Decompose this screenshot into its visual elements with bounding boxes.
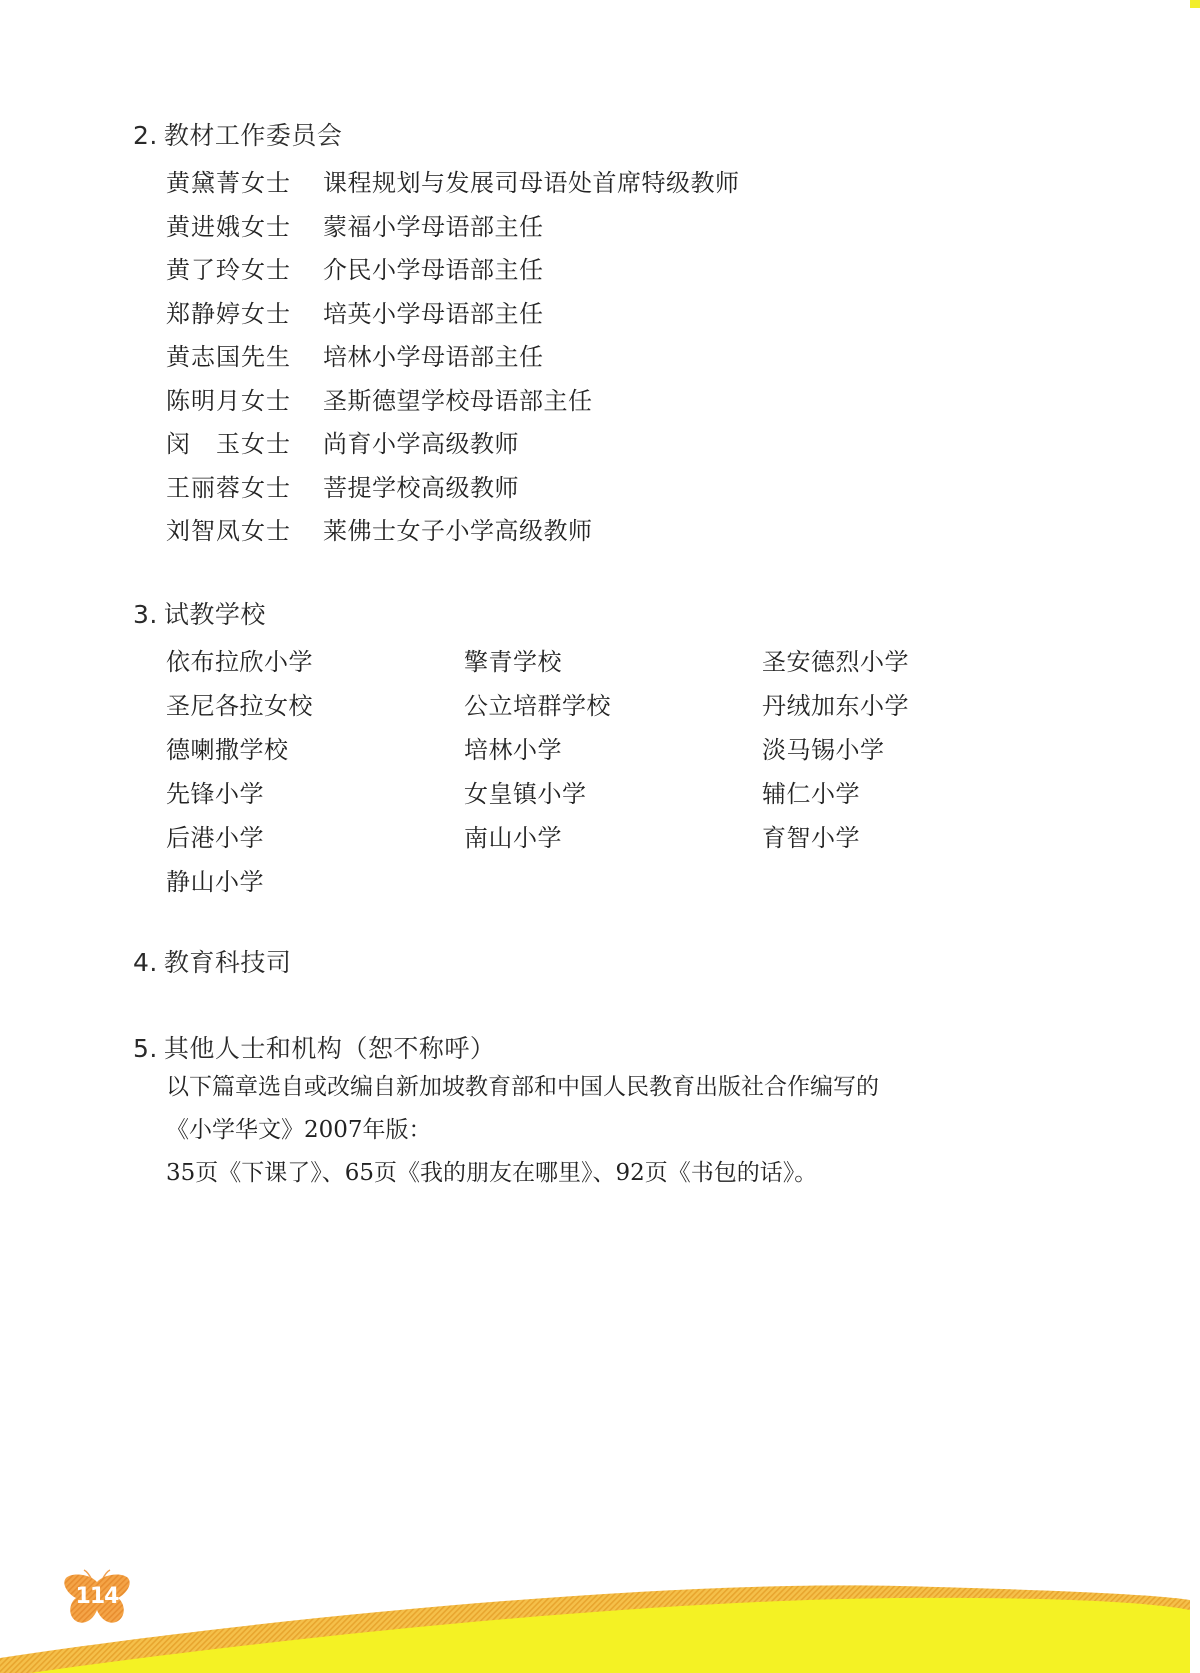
member-role: 蒙福小学母语部主任 <box>323 207 544 242</box>
page-number: 114 <box>62 1584 132 1609</box>
member-name: 黄了玲女士 <box>166 250 323 285</box>
member-row: 王丽蓉女士菩提学校高级教师 <box>166 464 740 508</box>
section-title: 教材工作委员会 <box>164 121 343 150</box>
section-number: 3. <box>133 600 158 629</box>
member-row: 刘智凤女士莱佛士女子小学高级教师 <box>166 507 740 551</box>
member-name: 郑静婷女士 <box>166 294 323 329</box>
school-item: 圣尼各拉女校 <box>166 681 464 725</box>
member-role: 培林小学母语部主任 <box>323 337 544 372</box>
section-number: 2. <box>133 121 158 150</box>
section-title: 其他人士和机构（恕不称呼） <box>164 1034 496 1063</box>
member-role: 圣斯德望学校母语部主任 <box>323 381 593 416</box>
member-role: 介民小学母语部主任 <box>323 250 544 285</box>
school-item: 先锋小学 <box>166 769 464 813</box>
acknowledgement-paragraph: 以下篇章选自或改编自新加坡教育部和中国人民教育出版社合作编写的 《小学华文》20… <box>166 1066 879 1195</box>
member-name: 黄志国先生 <box>166 337 323 372</box>
section-heading-others: 5.其他人士和机构（恕不称呼） <box>133 1029 495 1065</box>
paragraph-line: 35页《下课了》、65页《我的朋友在哪里》、92页《书包的话》。 <box>166 1152 879 1195</box>
member-name: 黄进娥女士 <box>166 207 323 242</box>
school-item: 依布拉欣小学 <box>166 637 464 681</box>
school-item: 辅仁小学 <box>762 769 1062 813</box>
school-item: 后港小学 <box>166 813 464 857</box>
paragraph-line: 《小学华文》2007年版： <box>166 1109 879 1152</box>
committee-member-list: 黄黛菁女士课程规划与发展司母语处首席特级教师 黄进娥女士蒙福小学母语部主任 黄了… <box>166 159 740 551</box>
school-item: 淡马锡小学 <box>762 725 1062 769</box>
member-row: 黄黛菁女士课程规划与发展司母语处首席特级教师 <box>166 159 740 203</box>
member-row: 黄进娥女士蒙福小学母语部主任 <box>166 203 740 247</box>
member-row: 郑静婷女士培英小学母语部主任 <box>166 290 740 334</box>
section-title: 试教学校 <box>164 600 266 629</box>
trial-school-grid: 依布拉欣小学 擎青学校 圣安德烈小学 圣尼各拉女校 公立培群学校 丹绒加东小学 … <box>166 637 1062 901</box>
section-heading-committee: 2.教材工作委员会 <box>133 116 342 152</box>
school-item: 静山小学 <box>166 857 464 901</box>
school-item: 南山小学 <box>464 813 762 857</box>
member-name: 闵 玉女士 <box>166 424 323 459</box>
school-item: 擎青学校 <box>464 637 762 681</box>
member-row: 陈明月女士圣斯德望学校母语部主任 <box>166 377 740 421</box>
school-item: 德喇撒学校 <box>166 725 464 769</box>
member-row: 黄志国先生培林小学母语部主任 <box>166 333 740 377</box>
member-name: 王丽蓉女士 <box>166 468 323 503</box>
member-role: 尚育小学高级教师 <box>323 424 519 459</box>
school-item: 公立培群学校 <box>464 681 762 725</box>
section-heading-edtech: 4.教育科技司 <box>133 943 291 979</box>
section-number: 5. <box>133 1034 158 1063</box>
member-name: 陈明月女士 <box>166 381 323 416</box>
school-item: 圣安德烈小学 <box>762 637 1062 681</box>
paragraph-line: 以下篇章选自或改编自新加坡教育部和中国人民教育出版社合作编写的 <box>166 1066 879 1109</box>
member-role: 菩提学校高级教师 <box>323 468 519 503</box>
school-item: 育智小学 <box>762 813 1062 857</box>
school-item: 丹绒加东小学 <box>762 681 1062 725</box>
section-number: 4. <box>133 948 158 977</box>
section-heading-trial-schools: 3.试教学校 <box>133 595 266 631</box>
member-role: 培英小学母语部主任 <box>323 294 544 329</box>
member-role: 莱佛士女子小学高级教师 <box>323 511 593 546</box>
school-item: 培林小学 <box>464 725 762 769</box>
school-item: 女皇镇小学 <box>464 769 762 813</box>
member-role: 课程规划与发展司母语处首席特级教师 <box>323 163 740 198</box>
corner-yellow-mark <box>1190 0 1200 8</box>
footer-wave-band <box>0 1580 1200 1673</box>
section-title: 教育科技司 <box>164 948 292 977</box>
member-row: 闵 玉女士尚育小学高级教师 <box>166 420 740 464</box>
member-row: 黄了玲女士介民小学母语部主任 <box>166 246 740 290</box>
member-name: 刘智凤女士 <box>166 511 323 546</box>
member-name: 黄黛菁女士 <box>166 163 323 198</box>
